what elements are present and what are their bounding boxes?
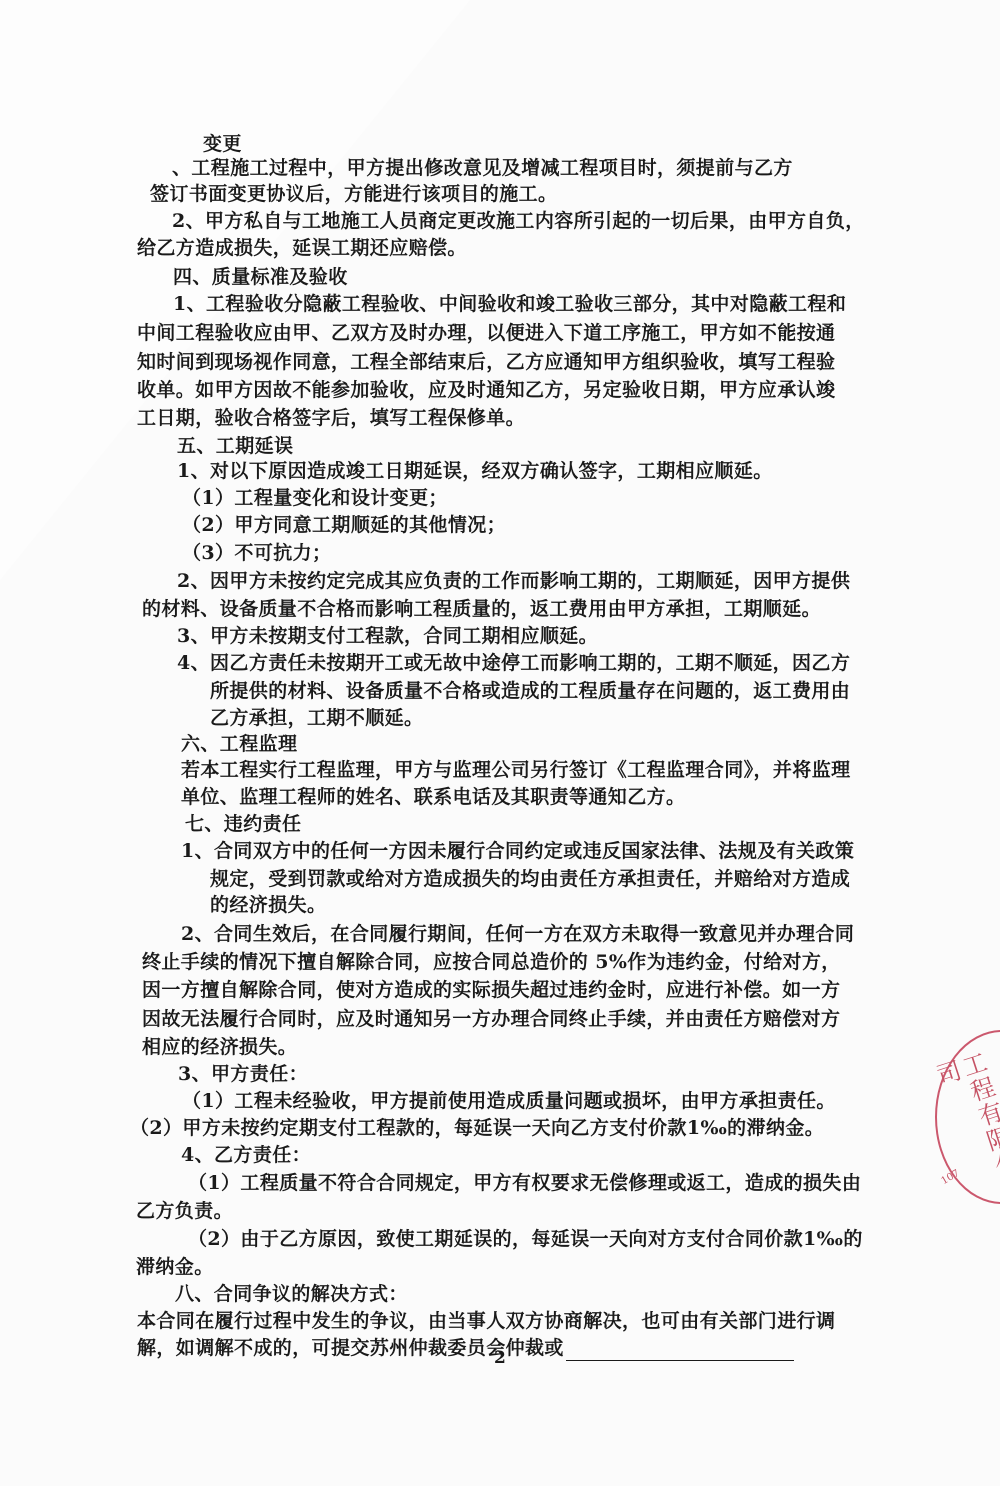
text-line: 四、质量标准及验收 [173, 264, 348, 290]
text-line: 1、合同双方中的任何一方因未履行合同约定或违反国家法律、法规及有关政策 [181, 838, 854, 864]
text-line: 相应的经济损失。 [142, 1034, 297, 1060]
text-line: 签订书面变更协议后，方能进行该项目的施工。 [150, 181, 557, 207]
seal-text: 工程有限公司 [929, 1049, 1000, 1206]
text-line: 知时间到现场视作同意，工程全部结束后，乙方应通知甲方组织验收，填写工程验 [137, 349, 835, 375]
text-line: 给乙方造成损失，延误工期还应赔偿。 [137, 235, 467, 261]
text-line: 乙方负责。 [136, 1198, 233, 1224]
text-line: 2、合同生效后，在合同履行期间，任何一方在双方未取得一致意见并办理合同 [181, 921, 854, 947]
text-line: 1、对以下原因造成竣工日期延误，经双方确认签字，工期相应顺延。 [177, 458, 773, 484]
text-line: 、工程施工过程中，甲方提出修改意见及增减工程项目时，须提前与乙方 [172, 155, 793, 181]
text-line: （1）工程质量不符合合同规定，甲方有权要求无偿修理或返工，造成的损失由 [188, 1170, 861, 1196]
text-line: 六、工程监理 [181, 731, 297, 757]
text-line: 规定，受到罚款或给对方造成损失的均由责任方承担责任，并赔给对方造成 [210, 866, 850, 892]
page-number: 2 [494, 1348, 506, 1368]
text-line: （3）不可抗力； [182, 540, 331, 566]
text-line: 4、因乙方责任未按期开工或无故中途停工而影响工期的，工期不顺延，因乙方 [177, 650, 850, 676]
text-line: （1）工程未经验收，甲方提前使用造成质量问题或损坏，由甲方承担责任。 [182, 1088, 836, 1114]
text-line: 所提供的材料、设备质量不合格或造成的工程质量存在问题的，返工费用由 [210, 678, 850, 704]
text-line: 3、甲方未按期支付工程款，合同工期相应顺延。 [177, 623, 598, 649]
text-line: 1、工程验收分隐蔽工程验收、中间验收和竣工验收三部分，其中对隐蔽工程和 [173, 291, 846, 317]
text-line: 因故无法履行合同时，应及时通知另一方办理合同终止手续，并由责任方赔偿对方 [142, 1006, 840, 1032]
text-line: 单位、监理工程师的姓名、联系电话及其职责等通知乙方。 [181, 784, 685, 810]
text-line: 乙方承担，工期不顺延。 [210, 705, 423, 731]
text-line: 中间工程验收应由甲、乙双方及时办理，以便进入下道工序施工，甲方如不能按通 [137, 320, 835, 346]
text-line: （2）甲方未按约定期支付工程款的，每延误一天向乙方支付价款1‰的滞纳金。 [130, 1115, 824, 1141]
text-line: （2）甲方同意工期顺延的其他情况； [182, 512, 506, 538]
text-line: 的经济损失。 [210, 892, 326, 918]
text-line: 3、甲方责任： [178, 1061, 308, 1087]
text-line: （2）由于乙方原因，致使工期延误的，每延误一天向对方支付合同价款1‰的 [188, 1226, 863, 1252]
text-line: 的材料、设备质量不合格而影响工程质量的，返工费用由甲方承担，工期顺延。 [142, 596, 821, 622]
document-page: 苏州工程 变更、工程施工过程中，甲方提出修改意见及增减工程项目时，须提前与乙方签… [0, 0, 1000, 1486]
text-line: 2、甲方私自与工地施工人员商定更改施工内容所引起的一切后果，由甲方自负， [172, 208, 865, 234]
arbitration-blank-field [566, 1340, 794, 1361]
text-line: 因一方擅自解除合同，使对方造成的实际损失超过违约金时，应进行补偿。如一方 [142, 977, 840, 1003]
text-line: 解，如调解不成的，可提交苏州仲裁委员会仲裁或 [137, 1335, 794, 1361]
seal-code: 107 [940, 1168, 962, 1187]
text-line: 五、工期延误 [177, 433, 293, 459]
text-line: 滞纳金。 [136, 1254, 214, 1280]
text-line: 终止手续的情况下擅自解除合同，应按合同总造价的 5%作为违约金，付给对方， [142, 949, 841, 975]
text-line: 4、乙方责任： [181, 1142, 311, 1168]
text-line: （1）工程量变化和设计变更； [182, 485, 448, 511]
company-seal: 工程有限公司 107 [935, 1030, 1000, 1204]
text-line: 变更 [203, 131, 242, 157]
text-line: 八、合同争议的解决方式： [175, 1281, 408, 1307]
text-line: 工日期，验收合格签字后，填写工程保修单。 [137, 405, 525, 431]
text-line: 本合同在履行过程中发生的争议，由当事人双方协商解决，也可由有关部门进行调 [137, 1308, 835, 1334]
text-line: 2、因甲方未按约定完成其应负责的工作而影响工期的，工期顺延，因甲方提供 [177, 568, 850, 594]
text-line: 七、违约责任 [185, 811, 301, 837]
text-line: 若本工程实行工程监理，甲方与监理公司另行签订《工程监理合同》，并将监理 [181, 757, 851, 783]
text-line: 收单。如甲方因故不能参加验收，应及时通知乙方，另定验收日期，甲方应承认竣 [137, 377, 835, 403]
